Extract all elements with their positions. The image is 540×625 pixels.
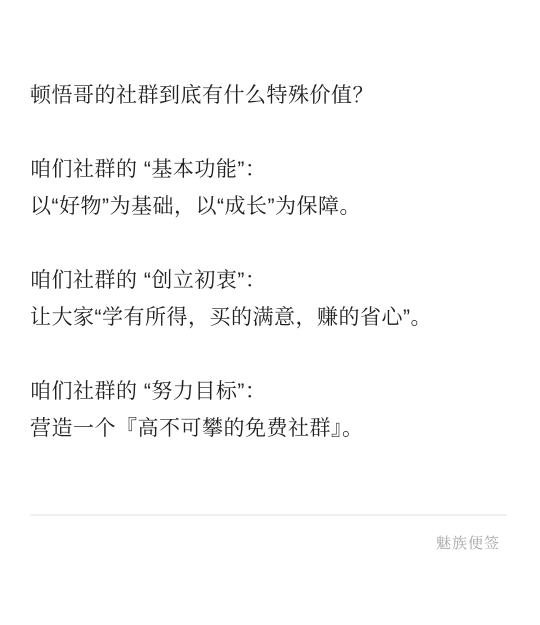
note-content: 顿悟哥的社群到底有什么特殊价值？ 咱们社群的 “基本功能”： 以“好物”为基础，… — [30, 77, 520, 447]
note-section: 咱们社群的 “创立初衷”： 让大家“学有所得，买的满意，赚的省心”。 — [30, 262, 520, 336]
note-share-image: { "colors": { "page_bg": "#ffffff", "tex… — [0, 0, 540, 625]
section-body: 以“好物”为基础，以“成长”为保障。 — [30, 188, 520, 225]
section-heading: 咱们社群的 “基本功能”： — [30, 151, 520, 188]
section-body: 让大家“学有所得，买的满意，赚的省心”。 — [30, 299, 520, 336]
note-title: 顿悟哥的社群到底有什么特殊价值？ — [30, 77, 520, 114]
note-section: 咱们社群的 “基本功能”： 以“好物”为基础，以“成长”为保障。 — [30, 151, 520, 225]
section-heading: 咱们社群的 “努力目标”： — [30, 373, 520, 410]
note-section: 咱们社群的 “努力目标”： 营造一个『高不可攀的免费社群』。 — [30, 373, 520, 447]
section-heading: 咱们社群的 “创立初衷”： — [30, 262, 520, 299]
section-body: 营造一个『高不可攀的免费社群』。 — [30, 410, 520, 447]
watermark-label: 魅族便签 — [436, 535, 500, 553]
footer-divider — [30, 514, 507, 516]
